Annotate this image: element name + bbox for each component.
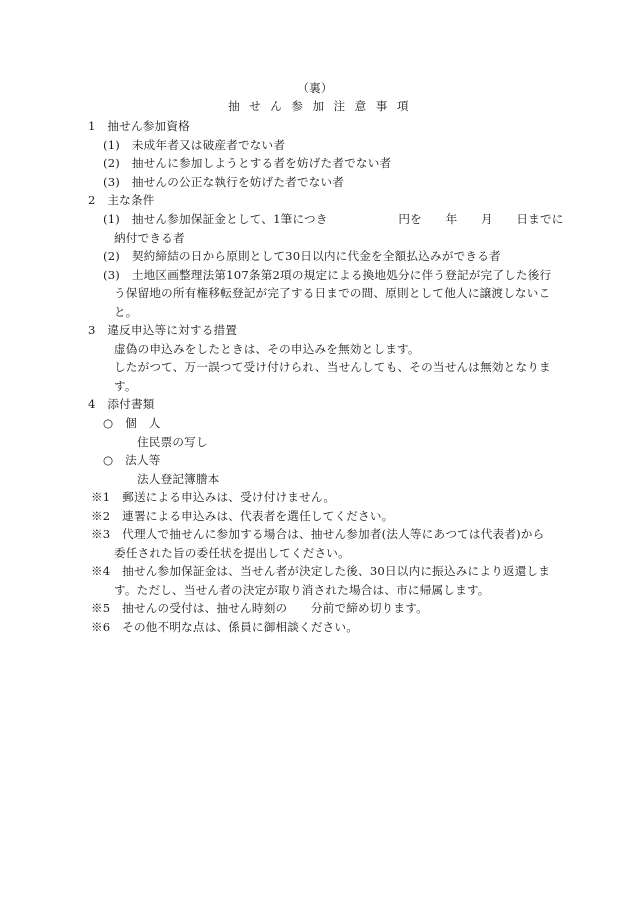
section-1-item: (2) 抽せんに参加しようとする者を妨げた者でない者 [103, 156, 391, 170]
document-page: （裏） 抽せん参加注意事項 1 抽せん参加資格 (1) 未成年者又は破産者でない… [0, 0, 630, 903]
note: ※5 抽せんの受付は、抽せん時刻の 分前で締め切ります。 [91, 601, 428, 615]
note: ※2 連署による申込みは、代表者を選任してください。 [91, 509, 393, 523]
attachment-category: ○ 個 人 [103, 416, 161, 430]
note-cont: 委任された旨の委任状を提出してください。 [114, 546, 350, 560]
section-2-item-cont: と。 [114, 305, 138, 319]
section-1-item: (3) 抽せんの公正な執行を妨げた者でない者 [103, 175, 344, 189]
section-3-text: 虚偽の申込みをしたときは、その申込みを無効とします。 [114, 342, 420, 356]
section-3-text-cont: す。 [114, 379, 137, 393]
note: ※4 抽せん参加保証金は、当せん者が決定した後、30日以内に振込みにより返還しま [91, 564, 550, 578]
attachment-document: 住民票の写し [137, 435, 208, 449]
note-cont: す。ただし、当せん者の決定が取り消された場合は、市に帰属します。 [114, 583, 490, 597]
section-2-item-cont: う保留地の所有権移転登記が完了する日までの間、原則として他人に譲渡しないこ [114, 286, 550, 300]
note: ※6 その他不明な点は、係員に御相談ください。 [91, 620, 358, 634]
note: ※1 郵送による申込みは、受け付けません。 [91, 490, 335, 504]
attachment-document: 法人登記簿謄本 [137, 472, 220, 486]
section-2-item: (1) 抽せん参加保証金として、1筆につき 円を 年 月 日までに [103, 212, 564, 226]
section-1-item: (1) 未成年者又は破産者でない者 [103, 138, 285, 152]
side-label: （裏） [0, 81, 630, 95]
section-3-text: したがつて、万一誤つて受け付けられ、当せんしても、その当せんは無効となりま [114, 360, 551, 374]
section-2-item: (3) 土地区画整理法第107条第2項の規定による換地処分に伴う登記が完了した後… [103, 268, 551, 282]
attachment-category: ○ 法人等 [103, 453, 161, 467]
section-2-item: (2) 契約締結の日から原則として30日以内に代金を全額払込みができる者 [103, 249, 501, 263]
document-title: 抽せん参加注意事項 [8, 99, 630, 113]
note: ※3 代理人で抽せんに参加する場合は、抽せん参加者(法人等にあつては代表者)から [91, 527, 544, 541]
section-1-heading: 1 抽せん参加資格 [88, 119, 190, 133]
section-4-heading: 4 添付書類 [88, 397, 155, 411]
section-2-item-cont: 納付できる者 [114, 231, 185, 245]
section-2-heading: 2 主な条件 [88, 193, 155, 207]
section-3-heading: 3 違反申込等に対する措置 [88, 323, 237, 337]
